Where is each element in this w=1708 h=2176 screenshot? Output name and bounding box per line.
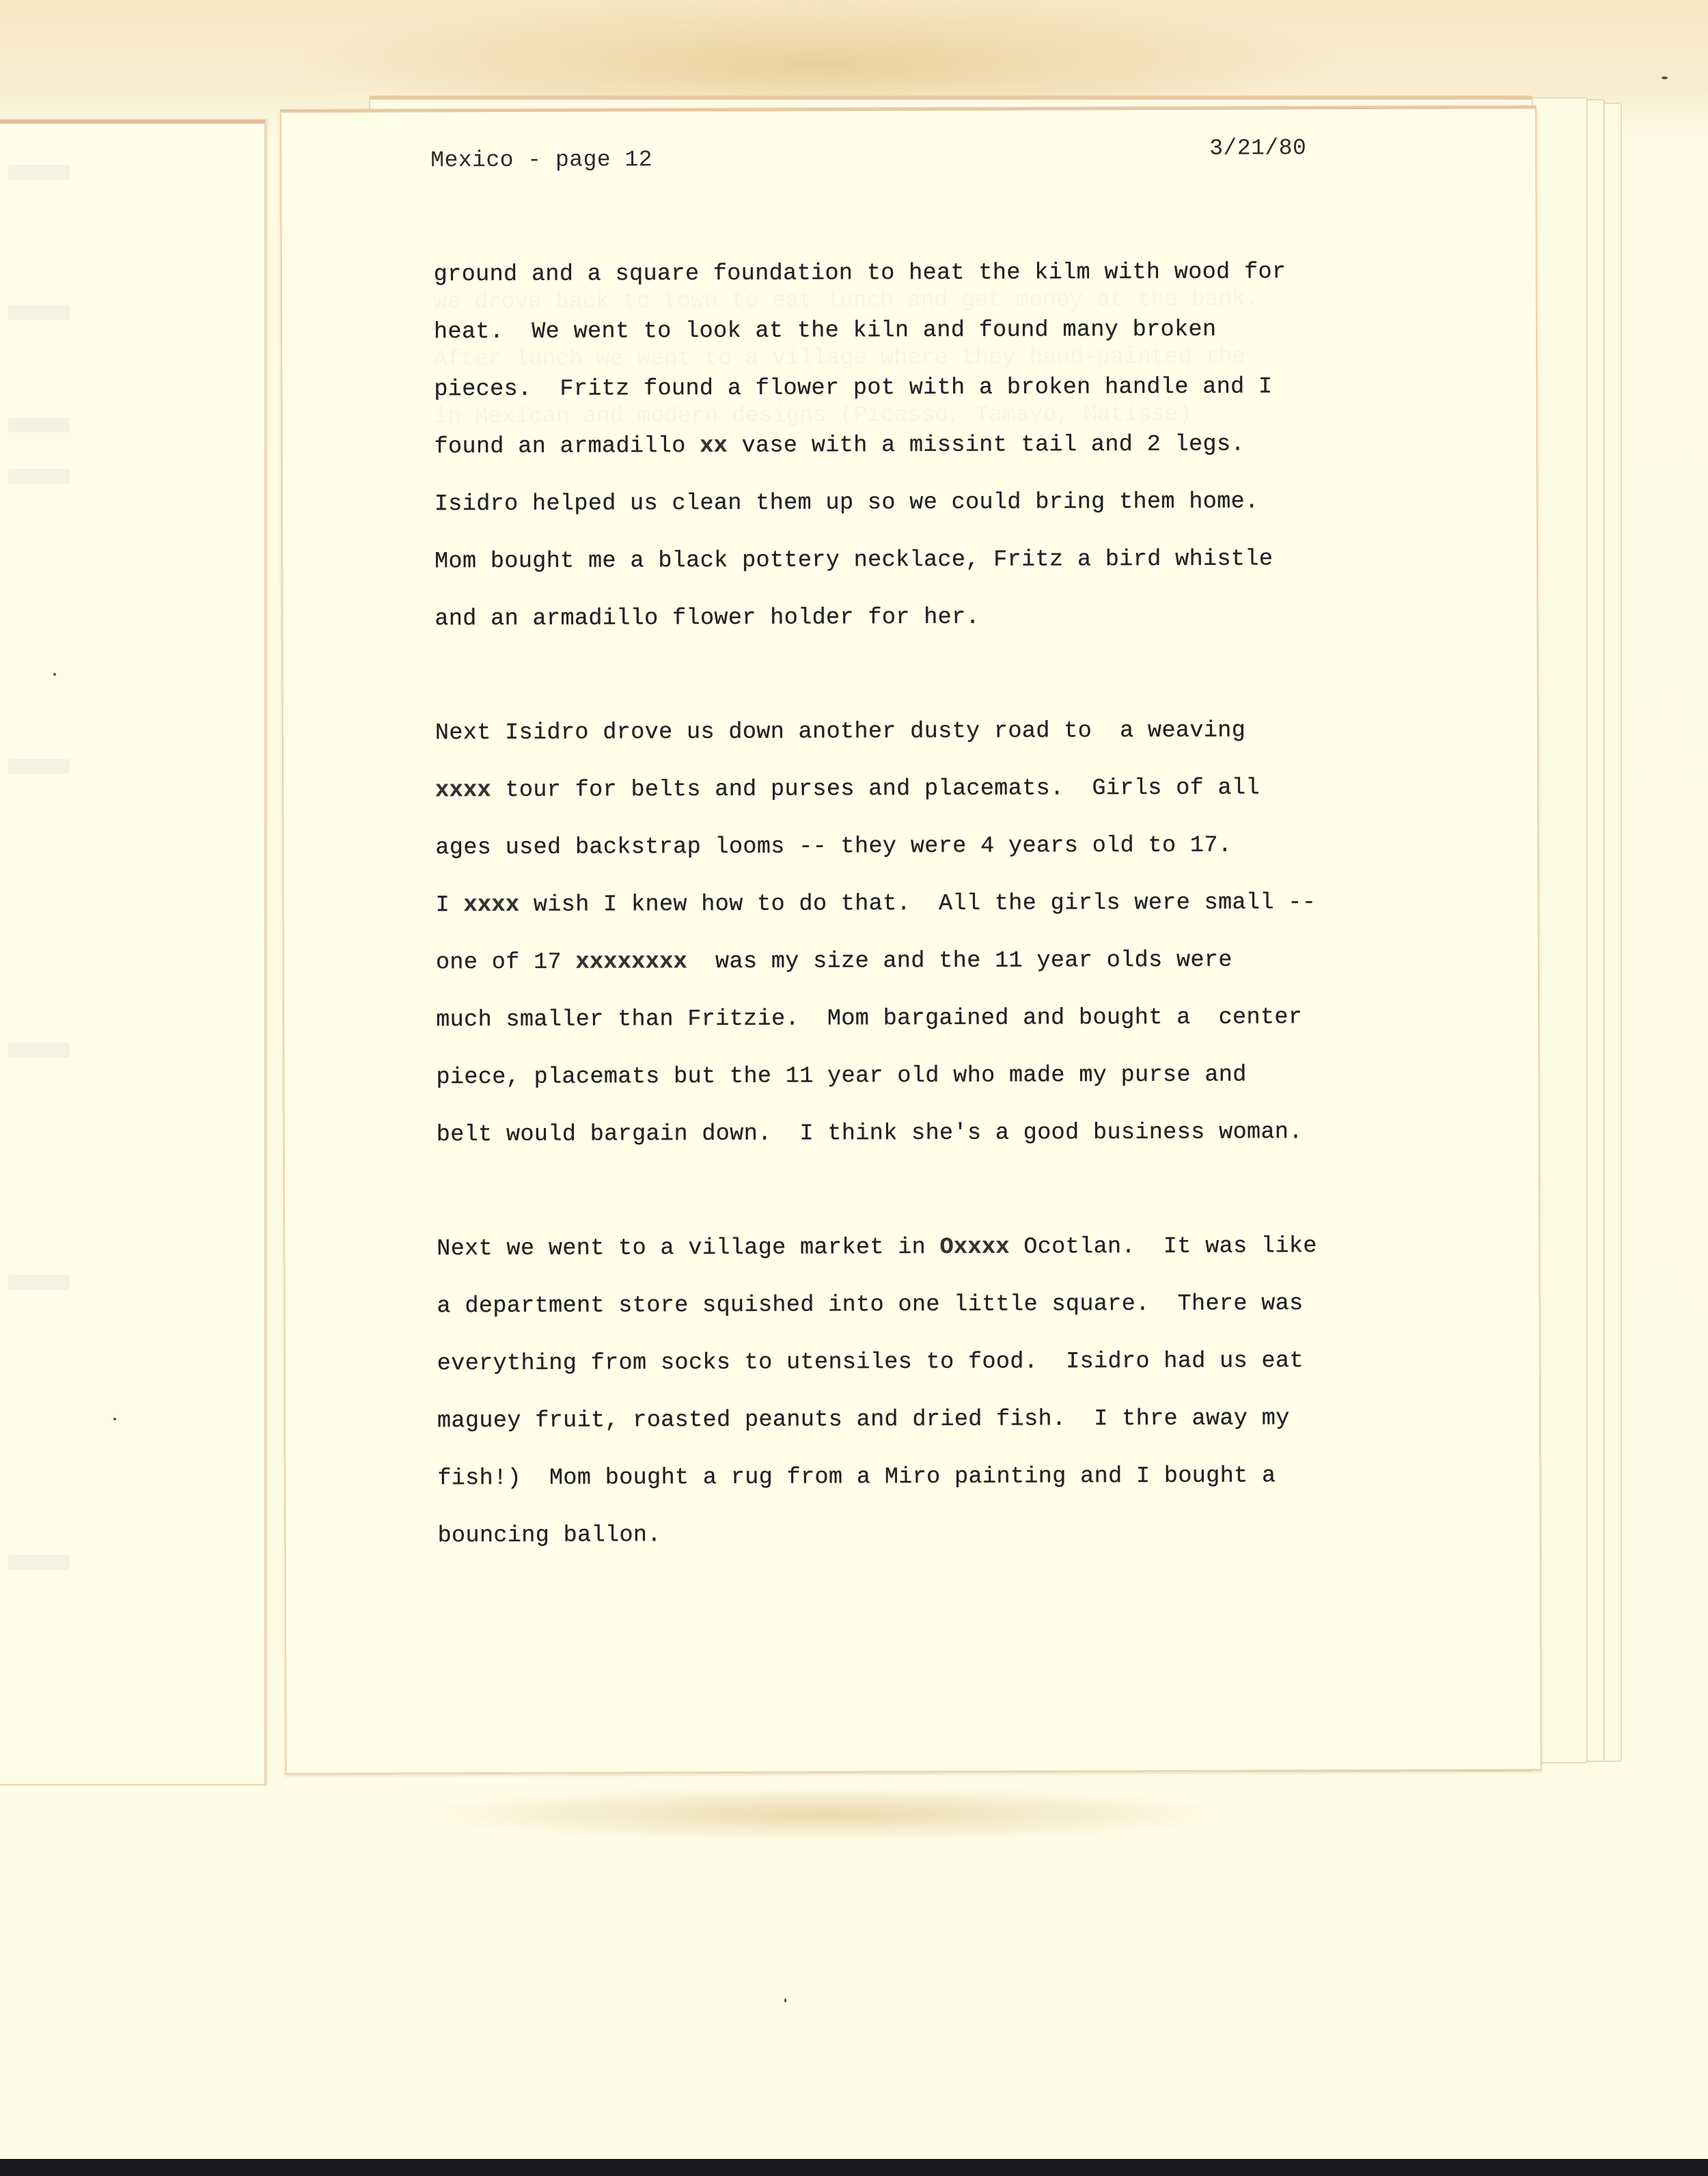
text-line: ground and a square foundation to heat t… [434, 243, 1459, 304]
struck-out-text: xxxx [435, 777, 491, 803]
text-segment: Ocotlan. It was like [1010, 1233, 1317, 1260]
typewritten-page: we drove back to town to eat lunch and g… [280, 105, 1542, 1774]
text-line: xxxx tour for belts and purses and place… [435, 759, 1460, 820]
text-line: everything from socks to utensiles to fo… [437, 1332, 1462, 1393]
dust-speck [53, 673, 56, 676]
text-segment: one of 17 [436, 950, 576, 976]
page-title: Mexico - page 12 [430, 147, 652, 173]
show-through-text [8, 305, 70, 320]
struck-out-text: xxxxxxxx [575, 949, 687, 976]
text-line: a department store squished into one lit… [437, 1275, 1461, 1336]
struck-out-text: Oxxxx [940, 1235, 1010, 1261]
text-line: and an armadillo flower holder for her. [435, 588, 1459, 648]
text-segment: tour for belts and purses and placemats.… [491, 775, 1260, 804]
scanner-edge [0, 2159, 1708, 2176]
text-line: Next Isidro drove us down another dusty … [435, 702, 1460, 762]
struck-out-text: xx [700, 433, 728, 459]
text-line: ages used backstrap looms -- they were 4… [435, 816, 1460, 877]
text-line: bouncing ballon. [437, 1504, 1462, 1565]
tape-stain [273, 1769, 1380, 1858]
page-date: 3/21/80 [1209, 135, 1306, 161]
text-line: maguey fruit, roasted peanuts and dried … [437, 1390, 1462, 1450]
text-line: pieces. Fritz found a flower pot with a … [434, 358, 1459, 419]
text-line: found an armadillo xx vase with a missin… [434, 415, 1459, 476]
show-through-text [8, 1275, 70, 1290]
text-line: Next we went to a village market in Oxxx… [437, 1217, 1461, 1278]
text-line: heat. We went to look at the kiln and fo… [434, 301, 1459, 361]
left-page-edge [0, 120, 266, 1785]
body-text: ground and a square foundation to heat t… [434, 243, 1463, 1622]
text-segment: was my size and the 11 year olds were [687, 948, 1232, 976]
text-segment: I [436, 892, 464, 918]
text-line: belt would bargain down. I think she's a… [437, 1103, 1461, 1164]
text-line: fish!) Mom bought a rug from a Miro pain… [437, 1447, 1462, 1508]
text-line: I xxxx wish I knew how to do that. All t… [436, 874, 1461, 935]
dust-speck [784, 1998, 786, 2002]
show-through-text [8, 759, 70, 774]
show-through-text [8, 165, 70, 180]
struck-out-text: xxxx [464, 892, 520, 918]
text-line: piece, placemats but the 11 year old who… [436, 1046, 1461, 1107]
show-through-text [8, 469, 70, 484]
dust-speck [1662, 77, 1668, 79]
show-through-text [8, 1555, 70, 1570]
text-line: much smaller than Fritzie. Mom bargained… [436, 989, 1461, 1049]
paragraph: ground and a square foundation to heat t… [434, 243, 1460, 648]
paragraph: Next we went to a village market in Oxxx… [437, 1217, 1463, 1565]
text-segment: Next we went to a village market in [437, 1235, 939, 1262]
text-line: one of 17 xxxxxxxx was my size and the 1… [436, 931, 1461, 992]
text-line: Isidro helped us clean them up so we cou… [435, 473, 1459, 534]
text-segment: vase with a missint tail and 2 legs. [728, 432, 1245, 459]
dust-speck [113, 1418, 116, 1420]
text-line: Mom bought me a black pottery necklace, … [435, 530, 1459, 591]
paragraph: Next Isidro drove us down another dusty … [435, 702, 1461, 1164]
show-through-text [8, 417, 70, 432]
text-segment: found an armadillo [434, 433, 700, 460]
text-segment: wish I knew how to do that. All the girl… [519, 890, 1316, 918]
show-through-text [8, 1043, 70, 1058]
